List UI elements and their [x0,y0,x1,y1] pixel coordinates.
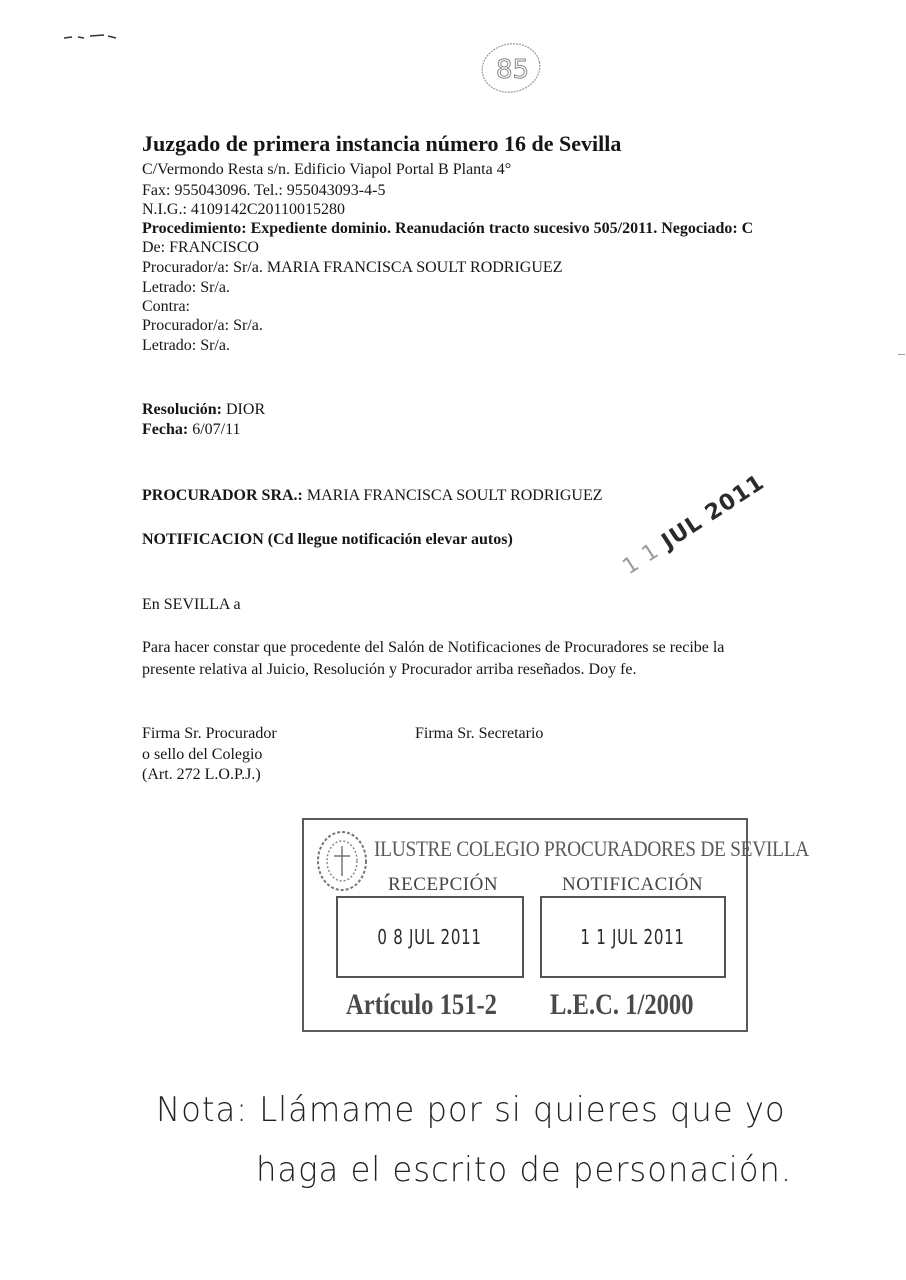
procurador-label: PROCURADOR SRA.: [142,487,303,504]
contra-letrado: Letrado: Sr/a. [142,336,230,355]
party-procurador: Procurador/a: Sr/a. MARIA FRANCISCA SOUL… [142,258,562,277]
reception-date-box: 0 8 JUL 2011 [336,896,524,978]
de-label: De: [142,239,165,256]
procurador-line: PROCURADOR SRA.: MARIA FRANCISCA SOULT R… [142,486,603,505]
stamp-footer-article: Artículo 151-2 [346,988,497,1022]
party-letrado: Letrado: Sr/a. [142,278,230,297]
margin-tick [898,354,905,355]
court-phones: Fax: 955043096. Tel.: 955043093-4-5 [142,181,385,200]
stamp-title: ILUSTRE COLEGIO PROCURADORES DE SEVILLA [374,836,809,862]
note-label: Nota [156,1090,236,1130]
stamp-month-year: JUL 2011 [658,470,770,555]
nig-number: N.I.G.: 4109142C20110015280 [142,200,345,219]
procurador-value: MARIA FRANCISCA SOULT RODRIGUEZ [307,487,603,504]
stamp-footer-lec: L.E.C. 1/2000 [550,988,694,1022]
svg-text:85: 85 [496,55,529,85]
resolution-line: Resolución: DIOR [142,400,265,419]
contra-label: Contra: [142,297,190,316]
procedure-line: Procedimiento: Expediente dominio. Reanu… [142,219,753,238]
notification-date: 1 1 JUL 2011 [581,925,685,949]
court-title: Juzgado de primera instancia número 16 d… [142,131,621,157]
fecha-label: Fecha: [142,421,188,438]
place-date: En SEVILLA a [142,595,241,614]
court-address: C/Vermondo Resta s/n. Edificio Viapol Po… [142,160,511,179]
resolution-label: Resolución: [142,401,222,418]
corner-scribble-mark [62,30,120,42]
de-value: FRANCISCO [169,239,259,256]
reception-label: RECEPCIÓN [388,874,498,896]
notification-label: NOTIFICACIÓN [562,874,703,896]
circled-page-number: 85 [478,38,544,96]
fecha-value: 6/07/11 [192,421,240,438]
note-text-1: : Llámame por si quieres que yo [236,1090,785,1130]
contra-procurador: Procurador/a: Sr/a. [142,316,263,335]
received-date-stamp: 1 1 JUL 2011 [618,470,769,580]
handwritten-note-line-2: haga el escrito de personación. [256,1150,792,1190]
body-text-line-1: Para hacer constar que procedente del Sa… [142,638,724,657]
signature-procurador-1: Firma Sr. Procurador [142,724,277,743]
signature-procurador-2: o sello del Colegio [142,745,262,764]
college-stamp: ILUSTRE COLEGIO PROCURADORES DE SEVILLA … [302,818,748,1032]
fecha-line: Fecha: 6/07/11 [142,420,241,439]
stamp-day: 1 1 [618,538,663,580]
signature-procurador-3: (Art. 272 L.O.P.J.) [142,765,261,784]
resolution-value: DIOR [226,401,265,418]
college-seal-icon [314,828,370,894]
body-text-line-2: presente relativa al Juicio, Resolución … [142,660,637,679]
signature-secretario: Firma Sr. Secretario [415,724,543,743]
party-de: De: FRANCISCO [142,238,259,257]
notificacion-heading: NOTIFICACION (Cd llegue notificación ele… [142,530,513,549]
reception-date: 0 8 JUL 2011 [378,925,482,949]
handwritten-note-line-1: Nota: Llámame por si quieres que yo [156,1090,786,1130]
notification-date-box: 1 1 JUL 2011 [540,896,726,978]
